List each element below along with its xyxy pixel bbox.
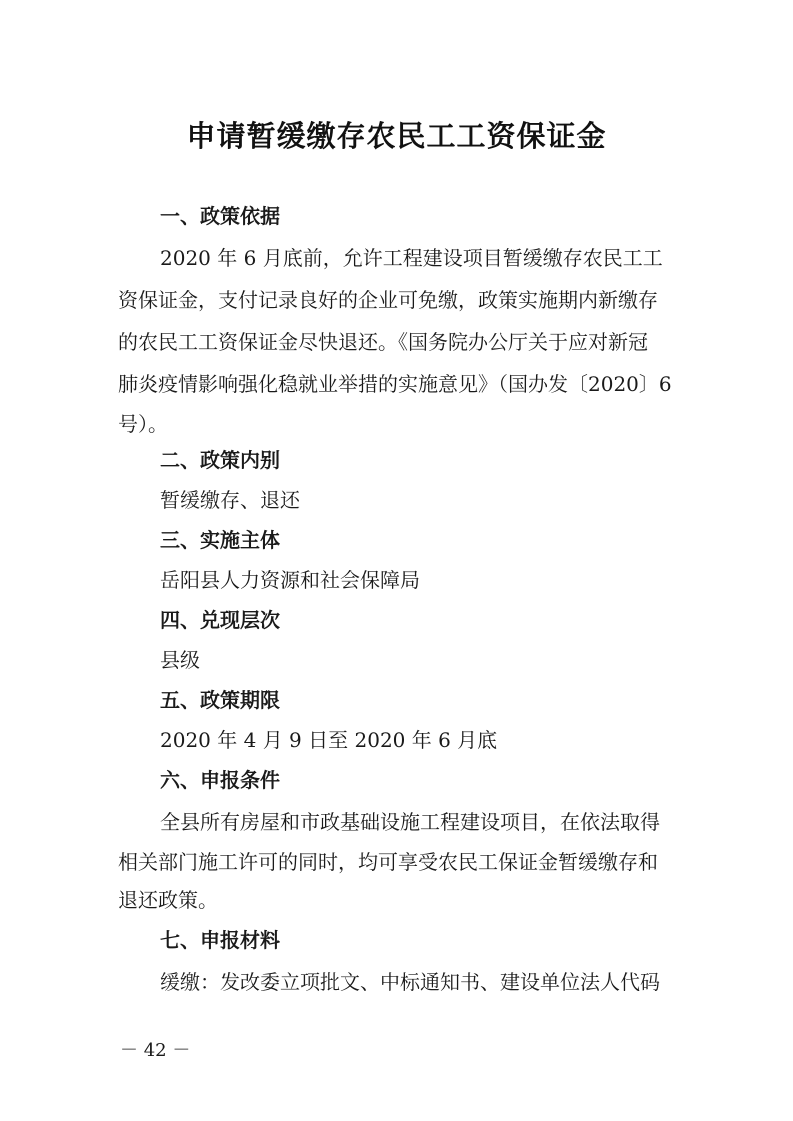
paragraph-line: 2020 年 4 月 9 日至 2020 年 6 月底 [160, 726, 497, 754]
paragraph-line: 岳阳县人力资源和社会保障局 [160, 566, 420, 594]
paragraph-line: 肺炎疫情影响强化稳就业举措的实施意见》（国办发〔2020〕6 [118, 370, 672, 398]
paragraph-line: 暂缓缴存、退还 [160, 486, 300, 514]
paragraph-line: 全县所有房屋和市政基础设施工程建设项目，在依法取得 [160, 808, 660, 836]
page-number: － 42 － [120, 1036, 190, 1062]
paragraph-line: 号）。 [118, 410, 168, 438]
section-heading: 三、实施主体 [160, 526, 280, 554]
paragraph-line: 资保证金，支付记录良好的企业可免缴，政策实施期内新缴存 [118, 286, 658, 314]
paragraph-line: 相关部门施工许可的同时，均可享受农民工保证金暂缓缴存和 [118, 848, 658, 876]
paragraph-line: 2020 年 6 月底前，允许工程建设项目暂缓缴存农民工工 [160, 244, 663, 272]
section-heading: 一、政策依据 [160, 202, 280, 230]
document-title: 申请暂缓缴存农民工工资保证金 [0, 114, 793, 155]
section-heading: 五、政策期限 [160, 686, 280, 714]
section-heading: 六、申报条件 [160, 766, 280, 794]
document-page: 申请暂缓缴存农民工工资保证金 一、政策依据 2020 年 6 月底前，允许工程建… [0, 0, 793, 1121]
section-heading: 七、申报材料 [160, 926, 280, 954]
section-heading: 二、政策内别 [160, 446, 280, 474]
paragraph-line: 的农民工工资保证金尽快退还。《国务院办公厅关于应对新冠 [118, 328, 648, 356]
section-heading: 四、兑现层次 [160, 606, 280, 634]
paragraph-line: 缓缴：发改委立项批文、中标通知书、建设单位法人代码 [160, 968, 660, 996]
paragraph-line: 退还政策。 [118, 886, 218, 914]
paragraph-line: 县级 [160, 646, 200, 674]
